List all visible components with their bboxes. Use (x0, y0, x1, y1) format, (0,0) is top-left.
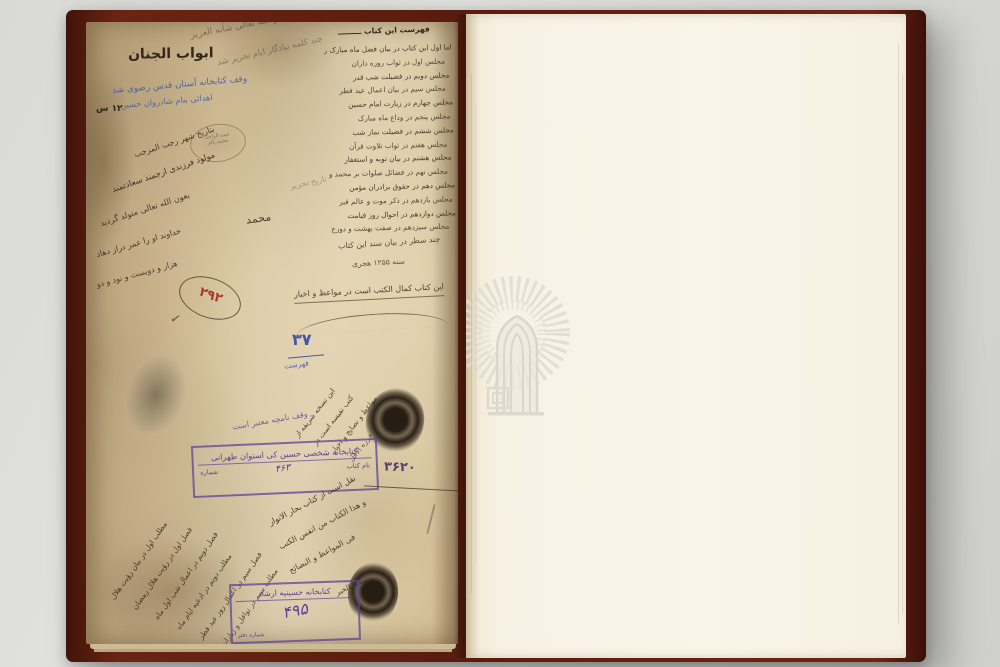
handwriting-scrawl: هو الله تعالی شأنه العزیز (190, 22, 284, 42)
stamp-field-register-number: شماره دفتر (238, 632, 265, 639)
inventory-number: ۳۶۲۰ (384, 459, 416, 476)
red-number: ۲۹۲ (197, 285, 225, 307)
right-blank-page (466, 14, 906, 658)
pencil-word: تاریخ تحریر (289, 174, 327, 191)
size-note: ۱۲ س (96, 104, 123, 115)
page-edge-stack (94, 649, 452, 652)
blue-number: ۳۷ (292, 330, 312, 350)
left-flyleaf-page: ابواب الجنان هو الله تعالی شأنه العزیز چ… (86, 22, 458, 644)
photograph-scene: ابواب الجنان هو الله تعالی شأنه العزیز چ… (0, 0, 1000, 667)
handwriting-diagonal: مطلب دویم در ادعیه ایام ماه (174, 552, 234, 631)
page-edge-line (475, 104, 476, 564)
red-check-mark: ✓ (169, 311, 183, 328)
blue-number-label: فهرست (283, 358, 309, 371)
handwriting-note: چند سطر در بیان سند این کتاب (338, 234, 441, 251)
handwriting-diagonal: مطلب اول در بیان رؤیت هلال (108, 520, 169, 601)
stamp-handwritten-value: ۴۶۳ (274, 462, 291, 475)
library-sunburst-arch-watermark (466, 272, 580, 422)
handwriting-note: خداوند او را عمر دراز دهاد (95, 226, 182, 260)
handwriting-word: محمد (245, 210, 272, 227)
ershad-library-stamp: کتابخانه حسینیه ارشاد ۴۹۵ شماره دفتر (229, 580, 361, 644)
page-edge-line (902, 74, 903, 614)
ink-smudge (114, 345, 198, 445)
page-edge-line (898, 44, 899, 624)
handwriting-note: هزار و دویست و نود و دو (95, 259, 178, 290)
handwriting-note: بعون الله تعالی متولد گردید (99, 190, 191, 229)
stamp-field-number: شماره (200, 468, 218, 477)
personal-library-stamp: کتابخانه شخصی حسین کی استوان طهرانی نام … (191, 438, 379, 498)
fihrist-heading: فهرست این کتاب ـــــــــ (338, 24, 430, 37)
stamp-field-book-name: نام کتاب (346, 461, 370, 470)
page-edge-line (471, 74, 472, 594)
manuscript-book-cover: ابواب الجنان هو الله تعالی شأنه العزیز چ… (66, 10, 926, 662)
ink-flourish-stroke (296, 309, 449, 337)
handwriting-scrawl: چند کلمه بیادگار ایام تحریر شد (216, 34, 324, 69)
handwriting-note-underlined: این کتاب کمال الکتب است در مواعظ و اخبار (294, 282, 445, 304)
handwriting-note: سنه ۱۲۵۵ هجری (352, 257, 405, 269)
library-gift-note-line1: وقف کتابخانه آستان قدس رضوی شد (112, 74, 248, 97)
circled-accession-number: ۲۹۲ (173, 268, 247, 327)
handwriting-note: مولود فرزندی ارجمند سعادتمند (111, 149, 217, 194)
manuscript-title: ابواب الجنان (128, 45, 214, 64)
